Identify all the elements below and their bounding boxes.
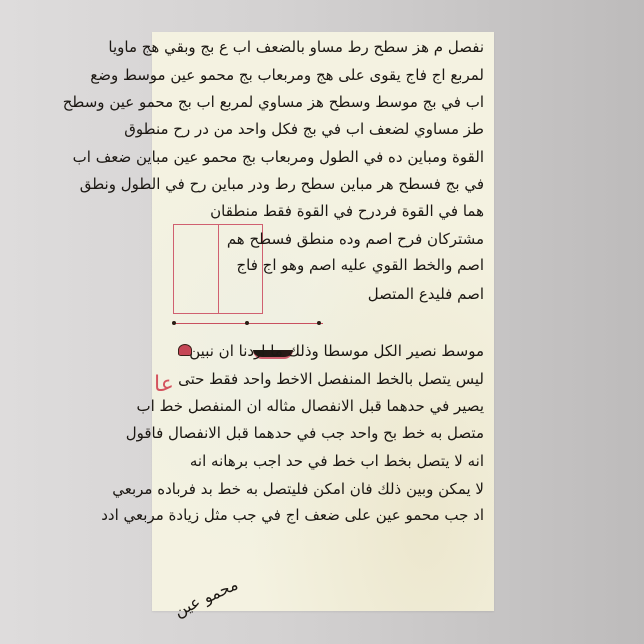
diagram-divider — [218, 225, 219, 313]
text-line: لا يمكن وبين ذلك فان امكن فليتصل به خط ب… — [162, 478, 484, 500]
text-line: متصل به خط بح واحد جب في حدهما قبل الانف… — [162, 422, 484, 444]
text-line: نفصل م هز سطح رط مساو بالضعف اب ع بج وبق… — [162, 36, 484, 58]
text-line: انه لا يتصل بخط اب خط في حد اجب برهانه ا… — [162, 450, 484, 472]
manuscript-page: نفصل م هز سطح رط مساو بالضعف اب ع بج وبق… — [152, 32, 494, 611]
signature: محمو عين — [171, 575, 241, 621]
text-line: مشتركان فرح اصم وده منطق فسطح هم — [266, 228, 484, 250]
text-line: اصم والخط القوي عليه اصم وهو اج فاج — [266, 254, 484, 276]
text-line: اد جب محمو عين على ضعف اج في جب مثل زياد… — [162, 504, 484, 526]
marginal-note: عا — [154, 372, 174, 397]
text-line: ليس يتصل بالخط المنفصل الاخط واحد فقط حت… — [194, 368, 484, 390]
text-line: موسط نصير الكل موسطا وذلك ما اردنا ان نب… — [162, 340, 484, 362]
point-marker — [172, 321, 176, 325]
point-marker — [317, 321, 321, 325]
point-marker — [245, 321, 249, 325]
text-line: يصير في حدهما قبل الانفصال مثاله ان المن… — [162, 395, 484, 417]
text-line: طز مساوي لضعف اب في بج فكل واحد من در رح… — [162, 118, 484, 140]
text-line: القوة ومباين ده في الطول ومربعاب بج محمو… — [162, 146, 484, 168]
text-line: في بج فسطح هر مباين سطح رط ودر مباين رح … — [162, 173, 484, 195]
text-line: لمربع اج فاج يقوى على هج ومربعاب بج محمو… — [162, 64, 484, 86]
text-line: هما في القوة فردرح في القوة فقط منطقان — [266, 200, 484, 222]
text-line: اب في بج موسط وسطح هز مساوي لمربع اب بج … — [162, 91, 484, 113]
text-line: اصم فليدع المتصل — [266, 283, 484, 305]
